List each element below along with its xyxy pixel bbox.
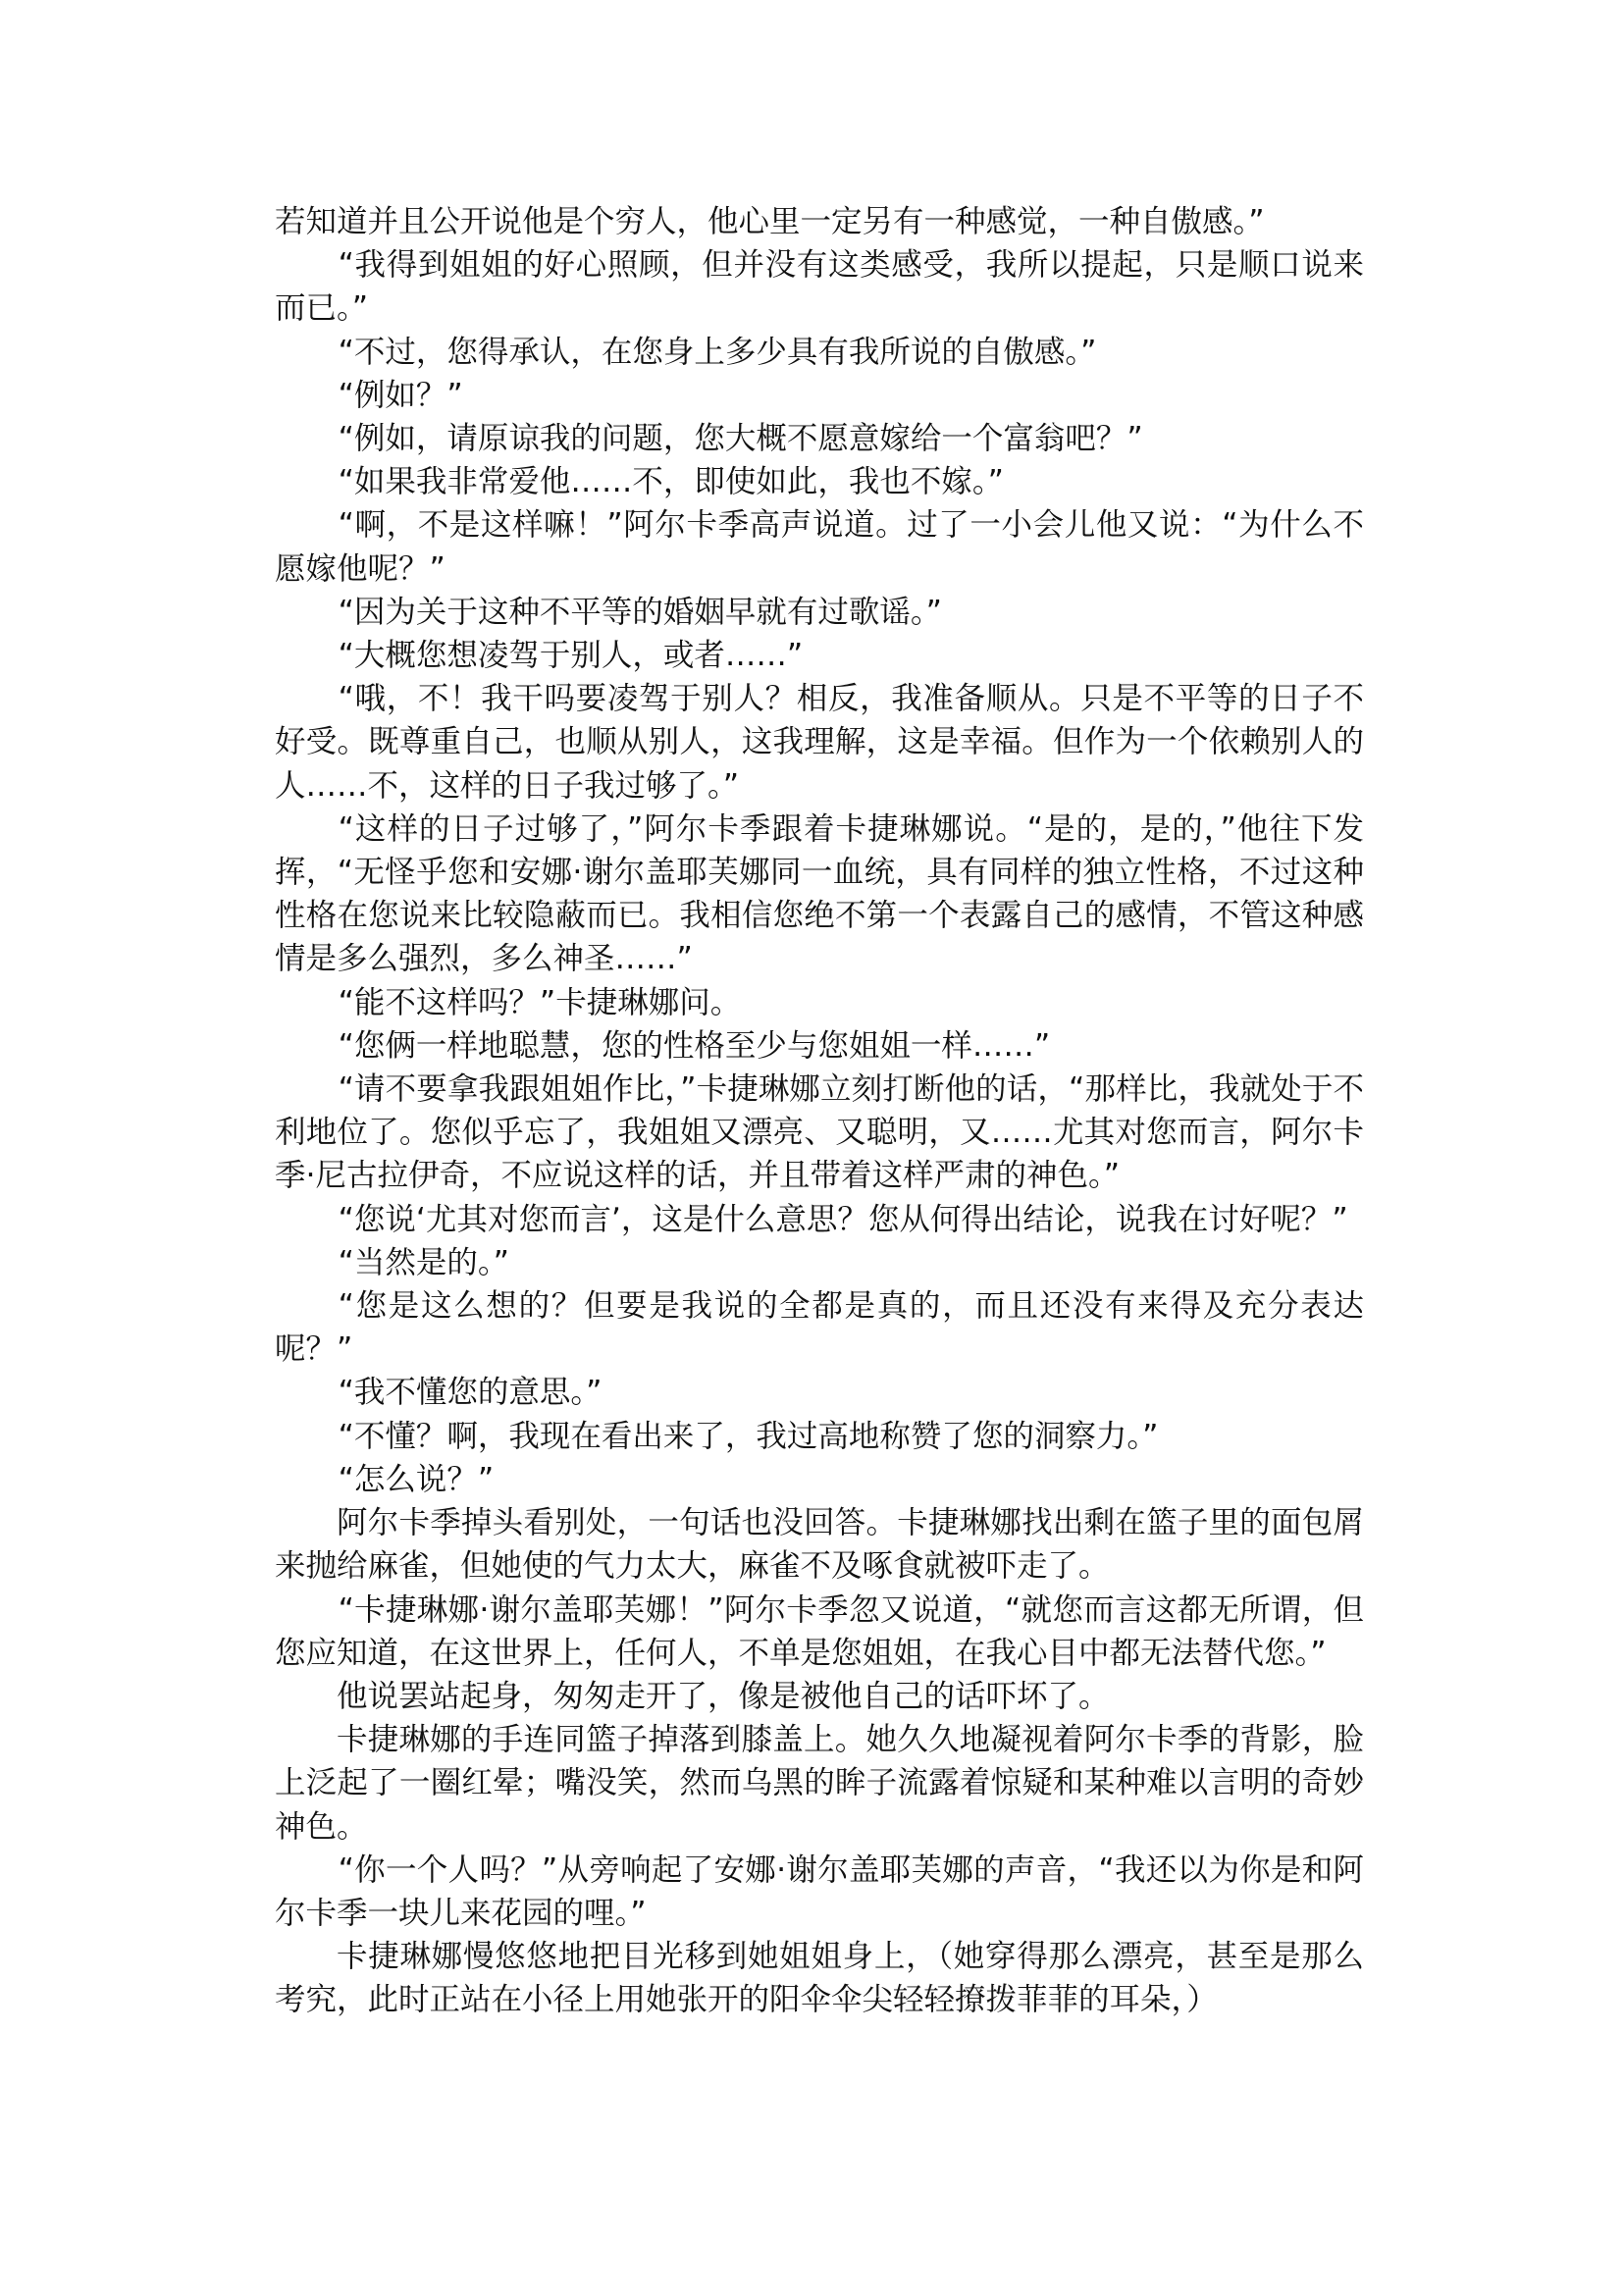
paragraph: “当然是的。” xyxy=(275,1241,1364,1284)
paragraph: 若知道并且公开说他是个穷人，他心里一定另有一种感觉，一种自傲感。” xyxy=(275,200,1364,243)
paragraph: “卡捷琳娜·谢尔盖耶芙娜！”阿尔卡季忽又说道，“就您而言这都无所谓，但您应知道，… xyxy=(275,1589,1364,1675)
paragraph: “大概您想凌驾于别人，或者……” xyxy=(275,634,1364,677)
paragraph: “怎么说？” xyxy=(275,1458,1364,1501)
paragraph: “例如，请原谅我的问题，您大概不愿意嫁给一个富翁吧？” xyxy=(275,417,1364,460)
paragraph: “这样的日子过够了，”阿尔卡季跟着卡捷琳娜说。“是的，是的，”他往下发挥，“无怪… xyxy=(275,808,1364,981)
paragraph: “您俩一样地聪慧，您的性格至少与您姐姐一样……” xyxy=(275,1024,1364,1068)
paragraph: “我得到姐姐的好心照顾，但并没有这类感受，我所以提起，只是顺口说来而已。” xyxy=(275,243,1364,330)
paragraph: “啊，不是这样嘛！”阿尔卡季高声说道。过了一小会儿他又说：“为什么不愿嫁他呢？” xyxy=(275,503,1364,590)
paragraph: “能不这样吗？”卡捷琳娜问。 xyxy=(275,981,1364,1024)
paragraph: “您是这么想的？但要是我说的全都是真的，而且还没有来得及充分表达呢？” xyxy=(275,1284,1364,1371)
paragraph: “不懂？啊，我现在看出来了，我过高地称赞了您的洞察力。” xyxy=(275,1415,1364,1458)
paragraph: 卡捷琳娜的手连同篮子掉落到膝盖上。她久久地凝视着阿尔卡季的背影，脸上泛起了一圈红… xyxy=(275,1718,1364,1849)
paragraph: “请不要拿我跟姐姐作比，”卡捷琳娜立刻打断他的话，“那样比，我就处于不利地位了。… xyxy=(275,1068,1364,1198)
paragraph: “我不懂您的意思。” xyxy=(275,1371,1364,1414)
paragraph: 他说罢站起身，匆匆走开了，像是被他自己的话吓坏了。 xyxy=(275,1675,1364,1718)
paragraph: 阿尔卡季掉头看别处，一句话也没回答。卡捷琳娜找出剩在篮子里的面包屑来抛给麻雀，但… xyxy=(275,1501,1364,1588)
paragraph: “不过，您得承认，在您身上多少具有我所说的自傲感。” xyxy=(275,331,1364,374)
paragraph: “你一个人吗？”从旁响起了安娜·谢尔盖耶芙娜的声音，“我还以为你是和阿尔卡季一块… xyxy=(275,1849,1364,1935)
paragraph: “如果我非常爱他……不，即使如此，我也不嫁。” xyxy=(275,460,1364,503)
paragraph: “因为关于这种不平等的婚姻早就有过歌谣。” xyxy=(275,591,1364,634)
paragraph: 卡捷琳娜慢悠悠地把目光移到她姐姐身上，（她穿得那么漂亮，甚至是那么考究，此时正站… xyxy=(275,1935,1364,2021)
paragraph: “哦，不！我干吗要凌驾于别人？相反，我准备顺从。只是不平等的日子不好受。既尊重自… xyxy=(275,677,1364,808)
paragraph: “您说‘尤其对您而言’，这是什么意思？您从何得出结论，说我在讨好呢？” xyxy=(275,1198,1364,1241)
paragraph: “例如？” xyxy=(275,374,1364,417)
document-page: 若知道并且公开说他是个穷人，他心里一定另有一种感觉，一种自傲感。” “我得到姐姐… xyxy=(275,200,1364,2022)
